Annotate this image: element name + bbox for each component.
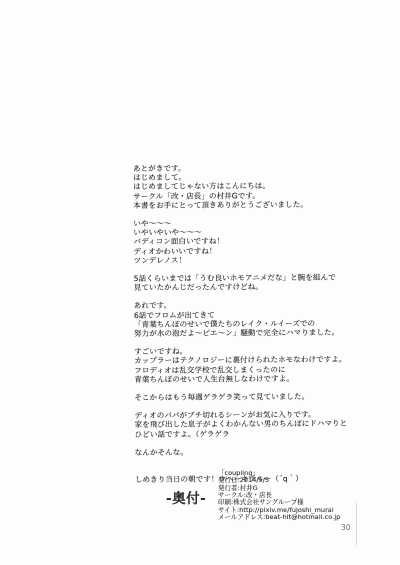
afterword-paragraph: そこからはもう毎週ゲラゲラ笑って見ていました。 [134,392,369,403]
afterword-paragraph: すごいですね。 カップラーはテクノロジーに裏付けられたホモなわけですよ。 フロデ… [134,346,369,384]
colophon-title: -奥付- [166,487,206,507]
afterword-line: そこからはもう毎週ゲラゲラ笑って見ていました。 [134,392,369,403]
colophon-email: メールアドレス:beat-hit@hotmail.co.jp [218,514,340,521]
afterword-line: ひどい話ですよ。（ゲラゲラ [135,428,370,439]
scanned-afterword-page: あとがきです。 はじめまして。 はじめましてじゃない方はこんにちは。 サークル「… [0,0,400,565]
afterword-line: 努力が水の泡だよ〜ピエ〜ン」騒動で完全にハマりました。 [134,328,369,339]
colophon-info-block: 「coupling」 発行日:2014/5/5 発行者:村井G サークル:改・店… [218,470,340,521]
afterword-line: 青葉ちんぽのせいで人生台無しなわけですよ。 [134,373,369,384]
afterword-paragraph: 5話くらいまでは「うむ良いホモアニメだな」と腕を組んで 見ていたかんじだったんで… [134,273,369,293]
page-number: 30 [341,523,351,532]
afterword-paragraph: なんかそんな。 [135,446,370,457]
afterword-paragraph: いや〜〜〜 いやいやいや〜〜〜 バディコン面白いですね！ ディオかわいいですね！… [133,218,368,265]
afterword-paragraph: ディオのパパがブチ切れるシーンがお気に入りです。 家を飛び出した息子がよくわかん… [135,410,370,439]
afterword-paragraph: あれです。 6話でフロムが出てきて 「青葉ちんぽのせいで僕たちのレイク・ルイーズ… [134,300,369,338]
afterword-line: カップラーはテクノロジーに裏付けられたホモなわけですよ。 [134,355,369,366]
afterword-paragraph: あとがきです。 はじめまして。 はじめましてじゃない方はこんにちは。 サークル「… [133,163,368,210]
afterword-line: 家を飛び出した息子がよくわかんない男のちんぽにドハマりと [135,419,370,430]
afterword-line: なんかそんな。 [135,446,370,457]
afterword-text-block: あとがきです。 はじめまして。 はじめましてじゃない方はこんにちは。 サークル「… [133,163,370,494]
afterword-line: 本書をお手にとって頂きありがとうございました。 [133,199,368,210]
scan-edge-artifact [356,503,357,545]
afterword-line: 見ていたかんじだったんですけどね。 [134,282,369,293]
afterword-line: ツンデレノス！ [134,254,369,265]
